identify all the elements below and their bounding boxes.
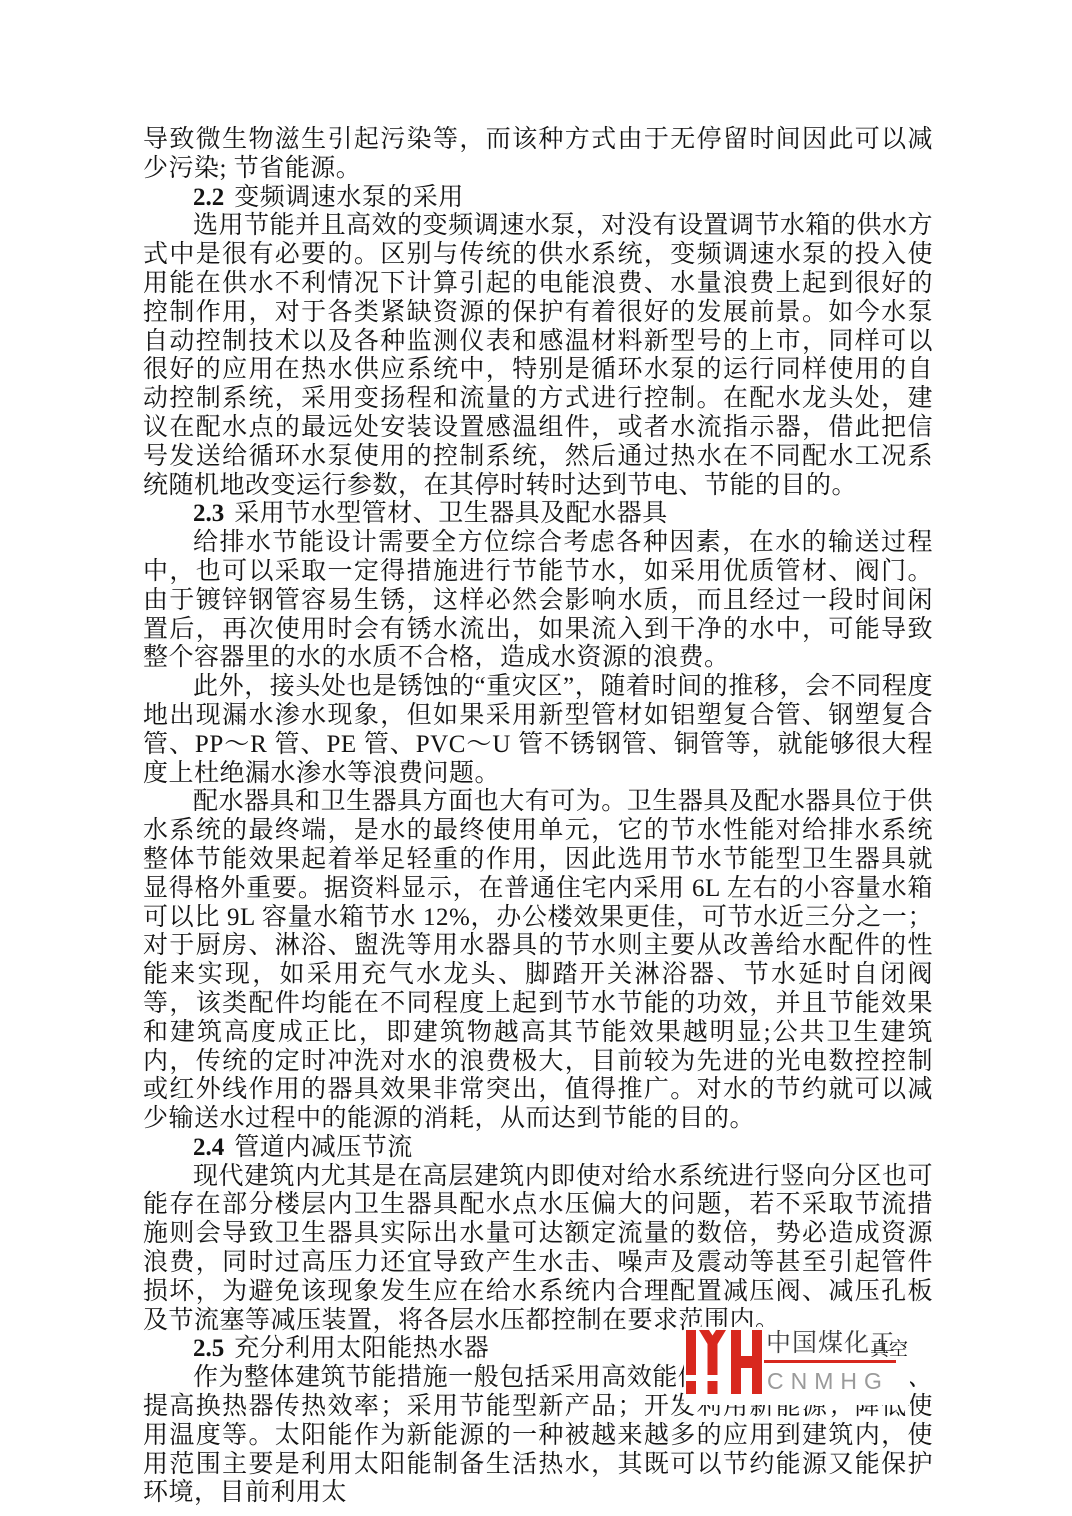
body-paragraph: 此外，接头处也是锈蚀的“重灾区”，随着时间的推移，会不同程度地出现漏水渗水现象，… xyxy=(143,673,933,788)
document-body: 导致微生物滋生引起污染等，而该种方式由于无停留时间因此可以减少污染; 节省能源。… xyxy=(143,126,933,1508)
cnmhg-logo-icon xyxy=(686,1330,762,1394)
heading-2-3: 2.3采用节水型管材、卫生器具及配水器具 xyxy=(143,500,933,529)
heading-title: 采用节水型管材、卫生器具及配水器具 xyxy=(234,500,668,527)
watermark-underline xyxy=(764,1360,896,1363)
heading-number: 2.3 xyxy=(193,500,224,527)
body-paragraph: 导致微生物滋生引起污染等，而该种方式由于无停留时间因此可以减少污染; 节省能源。 xyxy=(143,126,933,184)
document-page: 导致微生物滋生引起污染等，而该种方式由于无停留时间因此可以减少污染; 节省能源。… xyxy=(0,0,1072,1516)
heading-title: 变频调速水泵的采用 xyxy=(234,184,464,211)
heading-number: 2.4 xyxy=(193,1134,224,1161)
watermark-side-text: 真空 xyxy=(870,1339,908,1360)
body-paragraph: 给排水节能设计需要全方位综合考虑各种因素，在水的输送过程中，也可以采取一定得措施… xyxy=(143,529,933,673)
heading-2-2: 2.2变频调速水泵的采用 xyxy=(143,184,933,213)
body-paragraph: 配水器具和卫生器具方面也大有可为。卫生器具及配水器具位于供水系统的最终端，是水的… xyxy=(143,788,933,1134)
heading-number: 2.2 xyxy=(193,184,224,211)
heading-number: 2.5 xyxy=(193,1335,224,1362)
heading-title: 管道内减压节流 xyxy=(234,1134,413,1161)
cnmhg-watermark: 中国煤化工 CNMHG 真空 xyxy=(684,1327,910,1405)
watermark-brand-en: CNMHG xyxy=(767,1368,889,1394)
heading-title: 充分利用太阳能热水器 xyxy=(234,1335,489,1362)
body-paragraph: 现代建筑内尤其是在高层建筑内即使对给水系统进行竖向分区也可能存在部分楼层内卫生器… xyxy=(143,1163,933,1336)
heading-2-4: 2.4管道内减压节流 xyxy=(143,1134,933,1163)
body-paragraph: 选用节能并且高效的变频调速水泵，对没有设置调节水箱的供水方式中是很有必要的。区别… xyxy=(143,212,933,500)
